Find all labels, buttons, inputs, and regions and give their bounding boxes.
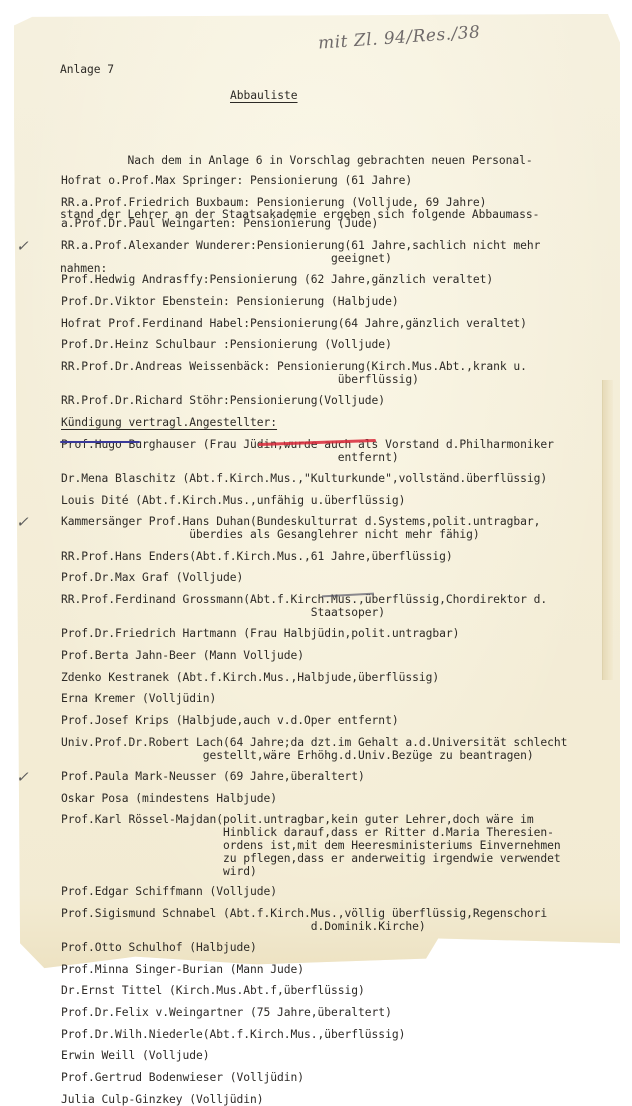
entry-line: d.Dominik.Kirche) <box>61 920 547 933</box>
entry-line: Prof.Dr.Friedrich Hartmann (Frau Halbjüd… <box>61 627 459 640</box>
entry-line: a.Prof.Dr.Paul Weingarten: Pensionierung… <box>61 217 378 230</box>
pensions-entry: Hofrat Prof.Ferdinand Habel:Pensionierun… <box>61 317 527 330</box>
entry-line: Prof.Karl Rössel-Majdan(polit.untragbar,… <box>61 813 561 826</box>
entry-line: Prof.Minna Singer-Burian (Mann Jude) <box>61 963 304 976</box>
entry-line: Prof.Dr.Viktor Ebenstein: Pensionierung … <box>61 295 399 308</box>
dismissals-entry: Prof.Sigismund Schnabel (Abt.f.Kirch.Mus… <box>61 907 547 933</box>
entry-line: wird) <box>61 865 561 878</box>
entry-line: Prof.Otto Schulhof (Halbjude) <box>61 941 257 954</box>
dismissals-entry: Prof.Minna Singer-Burian (Mann Jude) <box>61 963 304 976</box>
dismissals-entry: Prof.Edgar Schiffmann (Volljude) <box>61 885 277 898</box>
pensions-entry: RR.a.Prof.Friedrich Buxbaum: Pensionieru… <box>61 196 486 209</box>
entry-line: Zdenko Kestranek (Abt.f.Kirch.Mus.,Halbj… <box>61 671 439 684</box>
document-title: Abbauliste <box>230 89 298 102</box>
dismissals-entry: Prof.Otto Schulhof (Halbjude) <box>61 941 257 954</box>
entry-line: Erna Kremer (Volljüdin) <box>61 692 216 705</box>
blue-pencil-underline <box>60 441 140 443</box>
dismissals-entry: Prof.Josef Krips (Halbjude,auch v.d.Oper… <box>61 714 399 727</box>
entry-line: RR.Prof.Ferdinand Grossmann(Abt.f.Kirch.… <box>61 593 547 606</box>
checkmark-icon: ✓ <box>16 237 29 255</box>
entry-line: Prof.Hedwig Andrasffy:Pensionierung (62 … <box>61 273 493 286</box>
pensions-entry: Prof.Hedwig Andrasffy:Pensionierung (62 … <box>61 273 493 286</box>
dismissals-entry: RR.Prof.Ferdinand Grossmann(Abt.f.Kirch.… <box>61 593 547 619</box>
intro-line: Nach dem in Anlage 6 in Vorschlag gebrac… <box>60 152 539 170</box>
dismissals-entry: Prof.Karl Rössel-Majdan(polit.untragbar,… <box>61 813 561 878</box>
attachment-label: Anlage 7 <box>60 63 114 76</box>
entry-line: geeignet) <box>61 252 540 265</box>
entry-line: gestellt,wäre Erhöhg.d.Univ.Bezüge zu be… <box>61 749 567 762</box>
dismissals-entry: Prof.Paula Mark-Neusser (69 Jahre,überal… <box>61 770 365 783</box>
pensions-entry: RR.Prof.Dr.Richard Stöhr:Pensionierung(V… <box>61 394 385 407</box>
pensions-entry: Hofrat o.Prof.Max Springer: Pensionierun… <box>61 174 412 187</box>
entry-line: RR.Prof.Hans Enders(Abt.f.Kirch.Mus.,61 … <box>61 550 453 563</box>
entry-line: RR.a.Prof.Alexander Wunderer:Pensionieru… <box>61 239 540 252</box>
entry-line: Hofrat Prof.Ferdinand Habel:Pensionierun… <box>61 317 527 330</box>
pensions-entry: RR.Prof.Dr.Andreas Weissenbäck: Pensioni… <box>61 360 527 386</box>
dismissals-entry: Erna Kremer (Volljüdin) <box>61 692 216 705</box>
pensions-entry: a.Prof.Dr.Paul Weingarten: Pensionierung… <box>61 217 378 230</box>
dismissal-section-heading: Kündigung vertragl.Angestellter: <box>61 416 277 429</box>
dismissals-entry: Oskar Posa (mindestens Halbjude) <box>61 792 277 805</box>
dismissals-entry: RR.Prof.Hans Enders(Abt.f.Kirch.Mus.,61 … <box>61 550 453 563</box>
entry-line: zu pflegen,dass er anderweitig irgendwie… <box>61 852 561 865</box>
entry-line: RR.Prof.Dr.Richard Stöhr:Pensionierung(V… <box>61 394 385 407</box>
entry-line: Prof.Edgar Schiffmann (Volljude) <box>61 885 277 898</box>
checkmark-icon: ✓ <box>16 768 29 786</box>
pensions-entry: Prof.Dr.Viktor Ebenstein: Pensionierung … <box>61 295 399 308</box>
entry-line: RR.a.Prof.Friedrich Buxbaum: Pensionieru… <box>61 196 486 209</box>
dismissals-entry: Dr.Mena Blaschitz (Abt.f.Kirch.Mus.,"Kul… <box>61 472 547 485</box>
entry-line: ordens ist,mit dem Heeresministeriums Ei… <box>61 839 561 852</box>
entry-line: Hofrat o.Prof.Max Springer: Pensionierun… <box>61 174 412 187</box>
entry-line: Dr.Mena Blaschitz (Abt.f.Kirch.Mus.,"Kul… <box>61 472 547 485</box>
checkmark-icon: ✓ <box>16 513 29 531</box>
dismissals-entry: Prof.Dr.Max Graf (Volljude) <box>61 571 243 584</box>
pensions-entry: RR.a.Prof.Alexander Wunderer:Pensionieru… <box>61 239 540 265</box>
dismissals-entry: Zdenko Kestranek (Abt.f.Kirch.Mus.,Halbj… <box>61 671 439 684</box>
entry-line: Prof.Dr.Heinz Schulbaur :Pensionierung (… <box>61 338 392 351</box>
dismissals-entry: Univ.Prof.Dr.Robert Lach(64 Jahre;da dzt… <box>61 736 567 762</box>
entry-line: Prof.Paula Mark-Neusser (69 Jahre,überal… <box>61 770 365 783</box>
entry-line: überdies als Gesanglehrer nicht mehr fäh… <box>61 528 540 541</box>
entry-line: Hinblick darauf,dass er Ritter d.Maria T… <box>61 826 561 839</box>
entry-line: Staatsoper) <box>61 606 547 619</box>
entry-line: Prof.Dr.Max Graf (Volljude) <box>61 571 243 584</box>
entry-line: Prof.Josef Krips (Halbjude,auch v.d.Oper… <box>61 714 399 727</box>
dismissals-entry: Prof.Dr.Friedrich Hartmann (Frau Halbjüd… <box>61 627 459 640</box>
dismissals-entry: Kammersänger Prof.Hans Duhan(Bundeskultu… <box>61 515 540 541</box>
entry-line: Univ.Prof.Dr.Robert Lach(64 Jahre;da dzt… <box>61 736 567 749</box>
entry-line: entfernt) <box>61 451 554 464</box>
entry-line: Oskar Posa (mindestens Halbjude) <box>61 792 277 805</box>
entry-line: überflüssig) <box>61 373 527 386</box>
entry-line: RR.Prof.Dr.Andreas Weissenbäck: Pensioni… <box>61 360 527 373</box>
dismissals-entry: Dr.Ernst Tittel (Kirch.Mus.Abt.f,überflü… <box>61 984 365 997</box>
entry-line: Louis Dité (Abt.f.Kirch.Mus.,unfähig u.ü… <box>61 494 405 507</box>
dismissals-entry: Louis Dité (Abt.f.Kirch.Mus.,unfähig u.ü… <box>61 494 405 507</box>
entry-line: Prof.Berta Jahn-Beer (Mann Volljude) <box>61 649 304 662</box>
entry-line: Kammersänger Prof.Hans Duhan(Bundeskultu… <box>61 515 540 528</box>
entry-line: Dr.Ernst Tittel (Kirch.Mus.Abt.f,überflü… <box>61 984 365 997</box>
pensions-entry: Prof.Dr.Heinz Schulbaur :Pensionierung (… <box>61 338 392 351</box>
entry-line: Prof.Sigismund Schnabel (Abt.f.Kirch.Mus… <box>61 907 547 920</box>
dismissals-entry: Prof.Berta Jahn-Beer (Mann Volljude) <box>61 649 304 662</box>
paper-tape-strip <box>602 380 613 680</box>
